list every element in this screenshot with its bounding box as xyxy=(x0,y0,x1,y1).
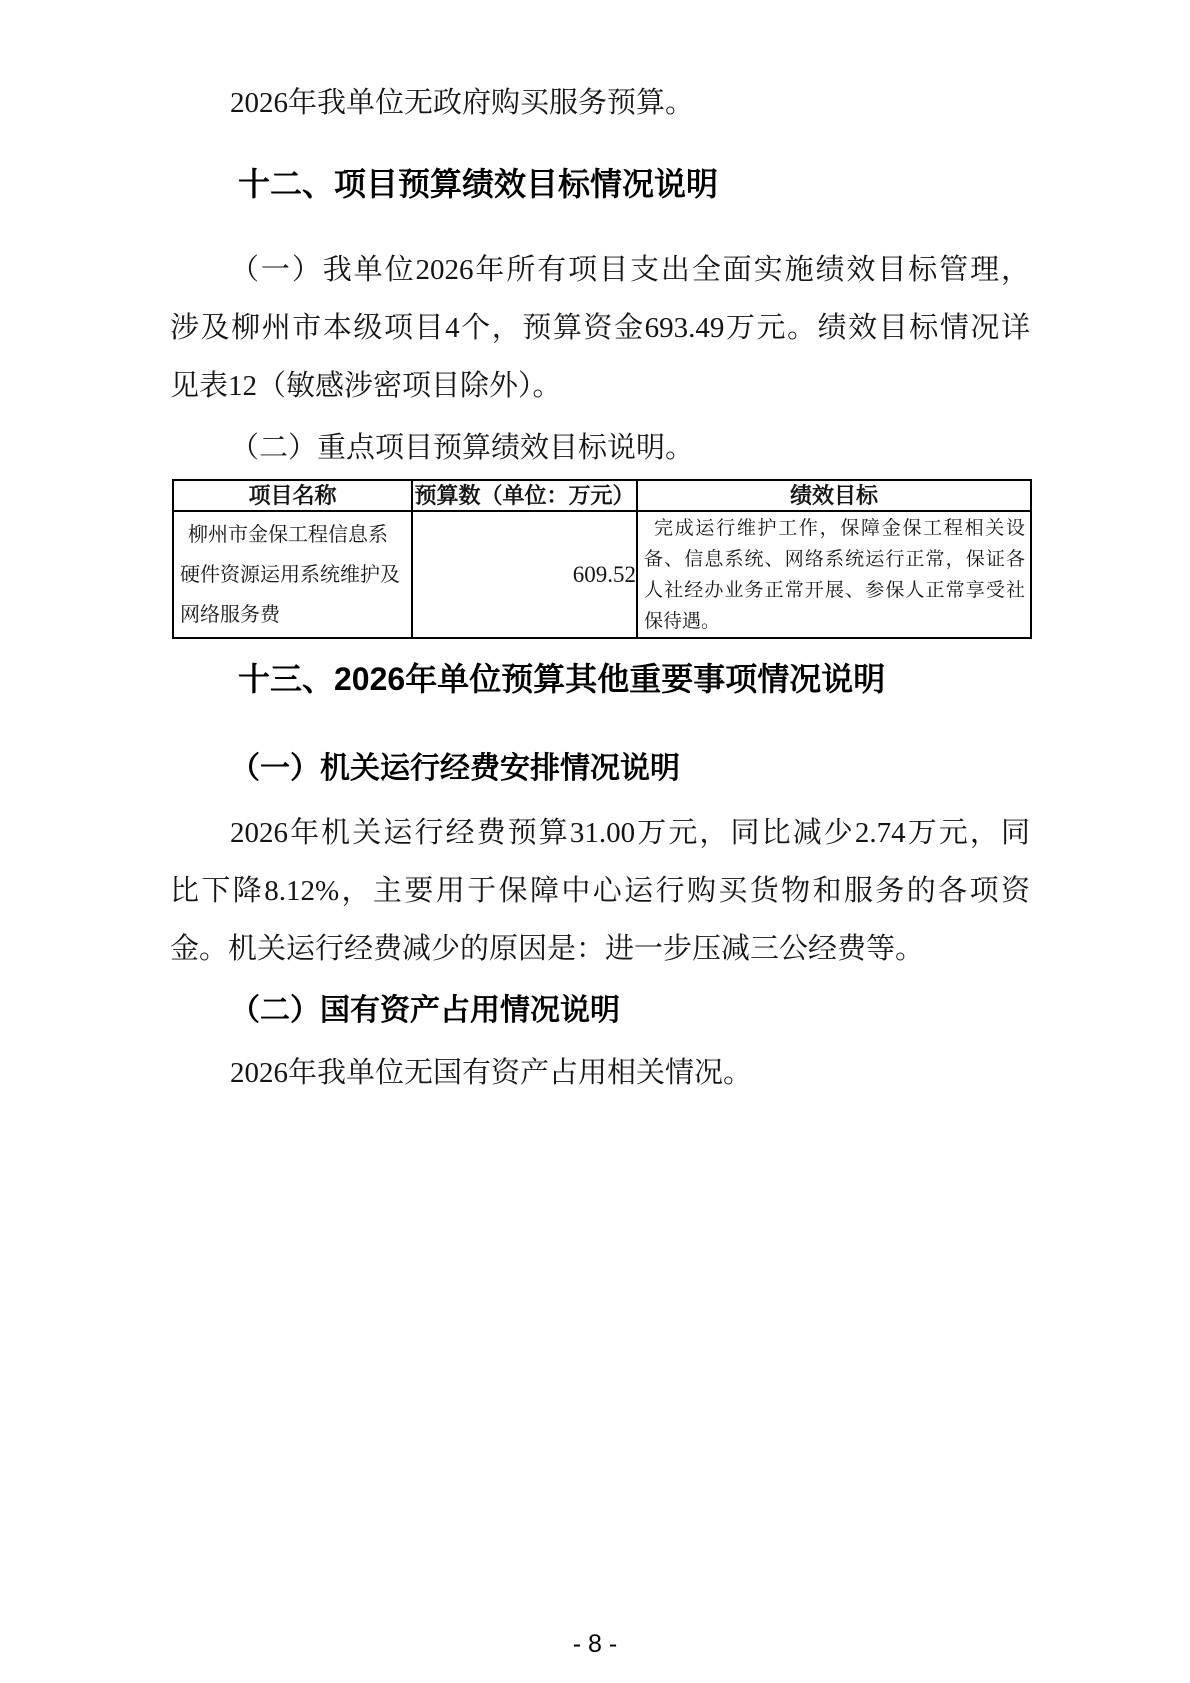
project-name-line: 硬件资源运用系统维护及 xyxy=(180,555,407,595)
cell-project-name: 柳州市金保工程信息系统 硬件资源运用系统维护及 网络服务费 xyxy=(173,511,412,638)
paragraph-line: （一）我单位2026年所有项目支出全面实施绩效目标管理， xyxy=(170,241,1030,299)
paragraph-line: 比下降8.12%，主要用于保障中心运行购买货物和服务的各项资 xyxy=(170,862,1030,920)
target-line: 备、信息系统、网络系统运行正常，保证各 xyxy=(644,544,1025,575)
paragraph-state-assets: 2026年我单位无国有资产占用相关情况。 xyxy=(170,1044,1030,1102)
section-heading-13: 十三、2026年单位预算其他重要事项情况说明 xyxy=(170,657,1030,701)
target-line: 完成运行维护工作，保障金保工程相关设 xyxy=(644,513,1025,544)
cell-budget-amount: 609.52 xyxy=(412,511,637,638)
paragraph-line: 金。机关运行经费减少的原因是：进一步压减三公经费等。 xyxy=(170,920,1030,978)
project-name-line: 柳州市金保工程信息系统 xyxy=(180,515,407,555)
table-header-target: 绩效目标 xyxy=(637,480,1031,511)
target-line: 人社经办业务正常开展、参保人正常享受社 xyxy=(644,575,1025,606)
paragraph-line: 2026年机关运行经费预算31.00万元，同比减少2.74万元，同 xyxy=(170,804,1030,862)
target-line: 保待遇。 xyxy=(644,606,1025,637)
subsection-heading-state-assets: （二）国有资产占用情况说明 xyxy=(170,991,1030,1031)
performance-target-table: 项目名称 预算数（单位：万元） 绩效目标 柳州市金保工程信息系统 硬件资源运用系… xyxy=(172,479,1032,639)
table-row: 柳州市金保工程信息系统 硬件资源运用系统维护及 网络服务费 609.52 完成运… xyxy=(173,511,1031,638)
budget-document-page: 2026年我单位无政府购买服务预算。 十二、项目预算绩效目标情况说明 （一）我单… xyxy=(0,0,1190,1683)
paragraph-no-gov-procurement: 2026年我单位无政府购买服务预算。 xyxy=(170,74,1030,132)
paragraph-performance-target-overview: （一）我单位2026年所有项目支出全面实施绩效目标管理， 涉及柳州市本级项目4个… xyxy=(170,241,1030,415)
table-header-project-name: 项目名称 xyxy=(173,480,412,511)
section-heading-12: 十二、项目预算绩效目标情况说明 xyxy=(170,162,1030,206)
paragraph-line: 涉及柳州市本级项目4个，预算资金693.49万元。绩效目标情况详 xyxy=(170,299,1030,357)
project-name-line: 网络服务费 xyxy=(180,595,407,635)
paragraph-key-project-intro: （二）重点项目预算绩效目标说明。 xyxy=(170,419,1030,477)
page-number: - 8 - xyxy=(0,1630,1190,1659)
table-header-row: 项目名称 预算数（单位：万元） 绩效目标 xyxy=(173,480,1031,511)
paragraph-operating-expense: 2026年机关运行经费预算31.00万元，同比减少2.74万元，同 比下降8.1… xyxy=(170,804,1030,978)
subsection-heading-operating-expense: （一）机关运行经费安排情况说明 xyxy=(170,749,1030,789)
paragraph-line: 见表12（敏感涉密项目除外）。 xyxy=(170,357,1030,415)
table-header-budget: 预算数（单位：万元） xyxy=(412,480,637,511)
cell-performance-target: 完成运行维护工作，保障金保工程相关设 备、信息系统、网络系统运行正常，保证各 人… xyxy=(637,511,1031,638)
